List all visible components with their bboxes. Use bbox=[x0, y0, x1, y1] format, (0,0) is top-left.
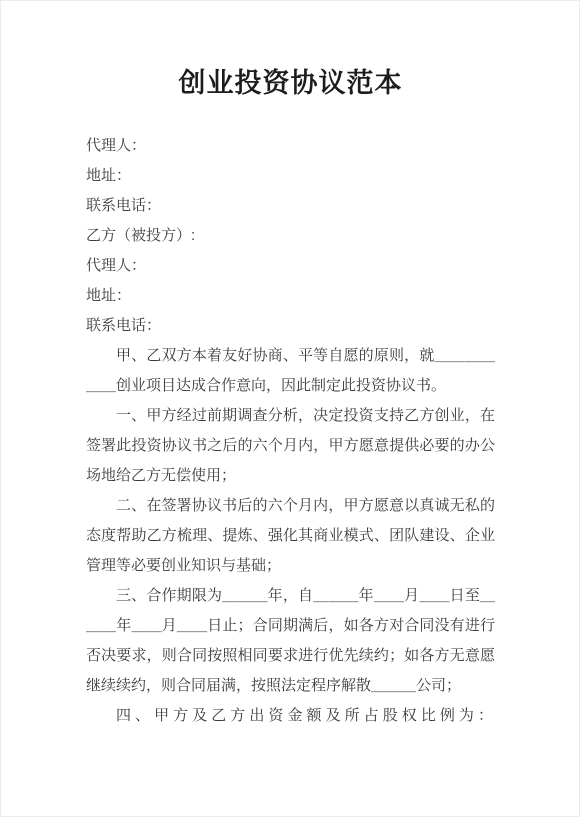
paragraph-clause-4: 四、甲方及乙方出资金额及所占股权比例为： bbox=[86, 701, 495, 731]
document-title: 创业投资协议范本 bbox=[86, 67, 495, 99]
info-line-agent-1: 代理人： bbox=[86, 131, 495, 161]
paragraph-clause-1: 一、甲方经过前期调查分析，决定投资支持乙方创业，在签署此投资协议书之后的六个月内… bbox=[86, 401, 495, 491]
paragraph-clause-2: 二、在签署协议书后的六个月内，甲方愿意以真诚无私的态度帮助乙方梳理、提炼、强化其… bbox=[86, 491, 495, 581]
info-line-address-1: 地址： bbox=[86, 161, 495, 191]
info-line-phone-2: 联系电话： bbox=[86, 311, 495, 341]
document-page: 创业投资协议范本 代理人： 地址： 联系电话： 乙方（被投方）: 代理人： 地址… bbox=[0, 0, 580, 817]
info-line-address-2: 地址： bbox=[86, 281, 495, 311]
paragraph-preamble: 甲、乙双方本着友好协商、平等自愿的原则，就＿＿＿＿＿＿创业项目达成合作意向，因此… bbox=[86, 341, 495, 401]
info-line-agent-2: 代理人： bbox=[86, 251, 495, 281]
paragraph-clause-3: 三、合作期限为＿＿＿年，自＿＿＿年＿＿月＿＿日至＿＿＿年＿＿月＿＿日止；合同期满… bbox=[86, 581, 495, 701]
info-line-phone-1: 联系电话： bbox=[86, 191, 495, 221]
party-info-block: 代理人： 地址： 联系电话： 乙方（被投方）: 代理人： 地址： 联系电话： bbox=[86, 131, 495, 341]
info-line-party-b: 乙方（被投方）: bbox=[86, 221, 495, 251]
agreement-body: 甲、乙双方本着友好协商、平等自愿的原则，就＿＿＿＿＿＿创业项目达成合作意向，因此… bbox=[86, 341, 495, 731]
